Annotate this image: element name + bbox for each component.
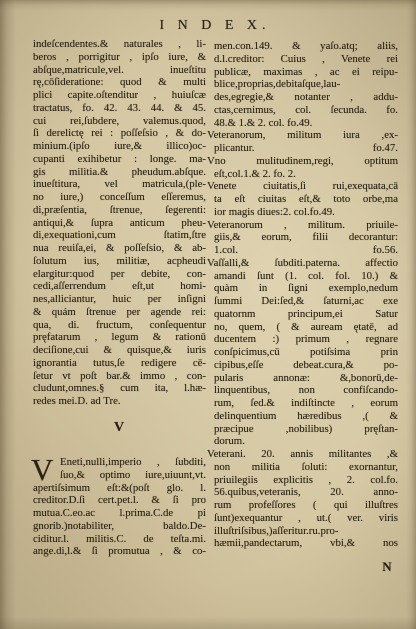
text-line: cipibus,eſſe debeat.cura,& po- — [207, 359, 398, 372]
text-line: pularis annonæ: &,bonorū,de- — [207, 372, 398, 385]
section-letter-v: V — [33, 420, 206, 436]
text-line: Veteranorum, militum iura ,ex- — [207, 129, 398, 142]
text-line: mutua.C.eo.ac l.prima.C.de pi — [33, 507, 206, 520]
text-line: cui rei,ſubdere, valemus.quod, — [33, 115, 206, 128]
page-title: I N D E X. — [33, 18, 397, 34]
text-line: Venete ciuitatis,ſi rui,exequata,cā — [207, 180, 398, 193]
text-line: cludunt,omnes.§ cum ita, l.hæ- — [33, 382, 206, 395]
text-line: no, quem, ( & auream ętatē, ad — [207, 321, 398, 334]
text-line: di,exequationi,cum ſtatim,ſtre — [33, 229, 206, 242]
text-line: amandi ſunt (1. col. fol. 10.) & — [207, 270, 398, 283]
text-line: rum, ſed.& indiſtincte , eorum — [207, 397, 398, 410]
text-line: hæmii,pandectarum, vbi,& nos — [207, 537, 398, 550]
text-line: elargitur:quod per debite, con- — [33, 268, 206, 281]
text-line: blice,proprias,debitaſque,lau- — [207, 78, 398, 91]
text-line: tractatus, fo. 42. 43. 44. & 45. — [33, 102, 206, 115]
text-line: di,præſentia, ſtrenue, ſegerenti: — [33, 204, 206, 217]
text-line: ctas,cernimus, col. ſecunda. fo. — [207, 104, 398, 117]
book-page-scan: I N D E X. indeſcendentes.& naturales , … — [0, 0, 416, 629]
text-line: deciſione,cui & quisque,& iuris — [33, 344, 206, 357]
text-line: cupanti exihibetur : longe. ma- — [33, 153, 206, 166]
text-line: ange.di,l.& ſi promutua , & co- — [33, 545, 206, 558]
text-line: ducentem :) primum , regnare — [207, 333, 398, 346]
text-line: giis,& eorum, filii decorantur: — [207, 231, 398, 244]
text-line: ſolutum ius, militiæ, acpheudi — [33, 255, 206, 268]
text-line: dorum. — [207, 435, 398, 448]
entry-text: plicantur. — [214, 142, 254, 155]
entry-text: 1.col. — [214, 244, 238, 257]
text-line: rę,cōſideratione: quod & multi — [33, 76, 206, 89]
text-line: gis militia.& pheudum.abſque. — [33, 166, 206, 179]
text-line: inueſtitura, vel matricula,(ple- — [33, 178, 206, 191]
text-line: quatornm principum,ei Satur — [207, 308, 398, 321]
right-column: men.con.149. & yaſo.atq; aliis,d.l.credi… — [207, 40, 398, 550]
signature-mark: N — [372, 559, 402, 575]
text-line: apertiſsimum eſt:&(poſt glo. l. — [33, 482, 206, 495]
text-line: non militia ſoluti: exornantur, — [207, 461, 398, 474]
text-line: illuſtriſsibus,)aſſeritur.ru.pro- — [207, 525, 398, 538]
text-line: qua, di. fructum, conſequentur — [33, 319, 206, 332]
text-line: ſetur vt poſt bar.& immo , con- — [33, 370, 206, 383]
text-line: indeſcendentes.& naturales , li- — [33, 38, 206, 51]
text-line: minium.(ipſo iure,& illico)oc- — [33, 140, 206, 153]
text-line: nes,alliciantur, huic per inſigni — [33, 293, 206, 306]
text-line: ior magis diues:2. col.fo.49. — [207, 206, 398, 219]
text-line: & quám ſtrenue per agende rei: — [33, 306, 206, 319]
text-line: eſt,col.1.& 2. fo. 2. — [207, 168, 398, 181]
text-line: ſummi Dei:ſed,& ſaturni,ac exe — [207, 295, 398, 308]
text-line: plicantur.fo.47. — [207, 142, 398, 155]
text-line: conſpicimus,cū potiſsima prin — [207, 346, 398, 359]
text-line: ſi derelictę rei : poſſeſsio , & do- — [33, 127, 206, 140]
text-line: ſunt)exequantur , ut.( ver. viris — [207, 512, 398, 525]
text-line: Veterani. 20. annis militantes ,& — [207, 448, 398, 461]
text-line: plici capite.oſtenditur , huiuſcæ — [33, 89, 206, 102]
text-line: 56.quibus,veteranis, 20. anno- — [207, 486, 398, 499]
text-line: ſuo,& optimo iure,uiuunt,vt. — [33, 469, 206, 482]
text-line: rum profeſſores ( qui illuſtres — [207, 499, 398, 512]
text-line: publicæ, maximas , ac ei reipu- — [207, 66, 398, 79]
text-line: cedi,aſſerrendum eſt,ut homi- — [33, 280, 206, 293]
text-line: d.l.creditor: Cuius , Venete rei — [207, 53, 398, 66]
text-line: priuilegiis explicitis , 2. col.fo. — [207, 474, 398, 487]
text-line: linquentibus, non confiſcando- — [207, 384, 398, 397]
text-line: delinquentium hæredibus ,( & — [207, 410, 398, 423]
text-line: 48.& 1.& 2. col. fo.49. — [207, 117, 398, 130]
left-column-entry-veneti: Eneti,nulli,imperio , ſubditi,ſuo,& opti… — [33, 456, 206, 558]
text-line: 1.col.fo.56. — [207, 244, 398, 257]
text-line: ta eſt ciuitas eſt,& toto orbe,ma — [207, 193, 398, 206]
text-line: ciditur.l. militis.C. de teſta.mi. — [33, 533, 206, 546]
text-line: des,egregie,& notanter , addu- — [207, 91, 398, 104]
text-line: no iure,) conceſſum eſſeremus, — [33, 191, 206, 204]
text-line: gnorib.)notabiliter, baldo.De- — [33, 520, 206, 533]
text-line: Vaſſalli,& ſubditi.paterna. affectio — [207, 257, 398, 270]
text-line: nua reuiſa,ei, & poſſeſsio, & ab- — [33, 242, 206, 255]
text-line: abſque,matricule,vel. inueſtitu — [33, 64, 206, 77]
text-line: Vno mulitudinem,regi, optitum — [207, 155, 398, 168]
left-column: indeſcendentes.& naturales , li-beros , … — [33, 38, 206, 408]
text-line: men.con.149. & yaſo.atq; aliis, — [207, 40, 398, 53]
text-line: redes mei.D. ad Tre. — [33, 395, 206, 408]
folio-reference: fo.56. — [373, 244, 398, 257]
text-line: beros , porrigitur , ipſo iure, & — [33, 51, 206, 64]
text-line: creditor.D.ſi cert.pet.l. & ſi pro — [33, 494, 206, 507]
text-line: pręfatarum , legum & rationū — [33, 331, 206, 344]
text-line: Eneti,nulli,imperio , ſubditi, — [33, 456, 206, 469]
text-line: præcipue ,nobilibus) pręſtan- — [207, 423, 398, 436]
text-line: ignorantia tutus,ſe redigere cē- — [33, 357, 206, 370]
text-line: antiqui,& ſupra anticum pheu- — [33, 217, 206, 230]
text-line: quàm in ſigni exemplo,nedum — [207, 282, 398, 295]
folio-reference: fo.47. — [373, 142, 398, 155]
text-line: Veteranorum , militum. priuile- — [207, 219, 398, 232]
